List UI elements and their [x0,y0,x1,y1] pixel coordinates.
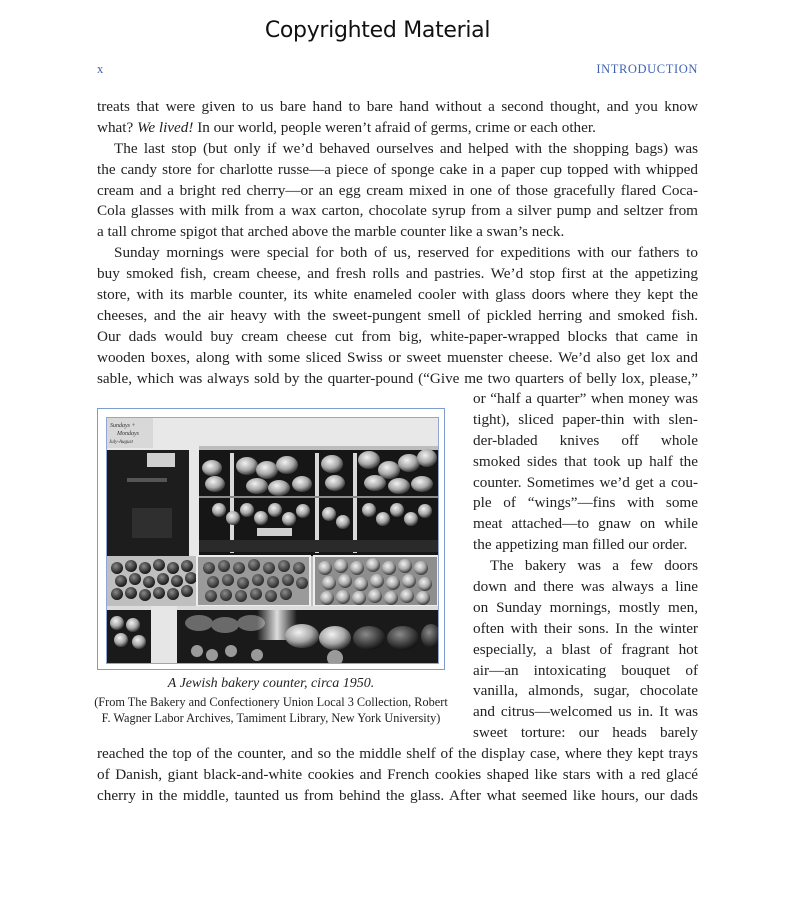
text-line: The last stop (but only if we’d behaved … [97,139,698,160]
svg-text:July-August: July-August [109,440,133,445]
figure-frame: Sundays + Mondays July-August [97,408,445,670]
text-line: smoked sides that took up half the [473,452,698,473]
text-line: the appetizing man filled our order. [473,535,698,556]
body-text-bottom: reached the top of the counter, and so t… [97,744,698,807]
text-line: Our dads would buy cream cheese cut from… [97,327,698,348]
section-title: INTRODUCTION [596,62,698,77]
text-line: the candy store for charlotte russe—a pi… [97,160,698,181]
emphasis-text: We lived! [137,119,193,136]
photo-illustration: Sundays + Mondays July-August [107,418,438,663]
text-line: often with their sons. In the winter [473,619,698,640]
page-number: x [97,62,104,77]
text-line: counter. Sometimes we’d get a cou- [473,473,698,494]
text-line: vanilla, almonds, sugar, chocolate [473,681,698,702]
text-fragment: what? [97,119,133,136]
text-line: The bakery was a few doors [473,556,698,577]
text-line: sable, which was always sold by the quar… [97,369,698,390]
text-line: reached the top of the counter, and so t… [97,744,698,765]
text-line: or “half a quarter” when money was [473,389,698,410]
text-line: meat attached—to gnaw on while [473,514,698,535]
caption-credit-line: F. Wagner Labor Archives, Tamiment Libra… [90,711,452,727]
bakery-counter-photo: Sundays + Mondays July-August [106,417,439,664]
text-line: on Sunday mornings, mostly men, [473,598,698,619]
svg-text:Sundays +: Sundays + [110,423,136,429]
text-line: sweet torture: our heads barely [473,723,698,744]
caption-title: A Jewish bakery counter, circa 1950. [90,676,452,692]
text-fragment: In our world, people weren’t afraid of g… [193,119,595,136]
text-line: tight), sliced paper-thin with slen- [473,410,698,431]
body-text-side: or “half a quarter” when money was tight… [473,389,698,744]
text-line: a tall chrome spigot that arched above t… [97,222,698,243]
caption-credit-line: (From The Bakery and Confectionery Union… [90,695,452,711]
text-line: Sunday mornings were special for both of… [97,243,698,264]
text-line: cherry in the middle, taunted us from be… [97,786,698,807]
text-line: treats that were given to us bare hand t… [97,97,698,118]
text-line: of Danish, giant black-and-white cookies… [97,765,698,786]
text-line: Cola glasses with milk from a wax carton… [97,201,698,222]
text-line: der-bladed knives off whole [473,431,698,452]
text-line: wooden boxes, along with some sliced Swi… [97,348,698,369]
text-line: buy smoked fish, cream cheese, and fresh… [97,264,698,285]
copyright-watermark: Copyrighted Material [0,18,755,43]
svg-text:Mondays: Mondays [116,431,140,437]
text-line: cheeses, and the air heavy with the swee… [97,306,698,327]
text-line: ple of “wings”—fins with some [473,493,698,514]
text-line: especially, a blast of fragrant hot [473,640,698,661]
body-text-top: treats that were given to us bare hand t… [97,97,698,389]
text-line: cream and a bright red cherry—or an egg … [97,181,698,202]
caption-credit: (From The Bakery and Confectionery Union… [90,695,452,726]
text-line: down and there was always a line [473,577,698,598]
text-line: and citrus—welcomed us in. It was [473,702,698,723]
text-line: store, with its marble counter, its whit… [97,285,698,306]
text-line: air—an intoxicating bouquet of [473,661,698,682]
text-line: what? We lived! In our world, people wer… [97,118,698,139]
